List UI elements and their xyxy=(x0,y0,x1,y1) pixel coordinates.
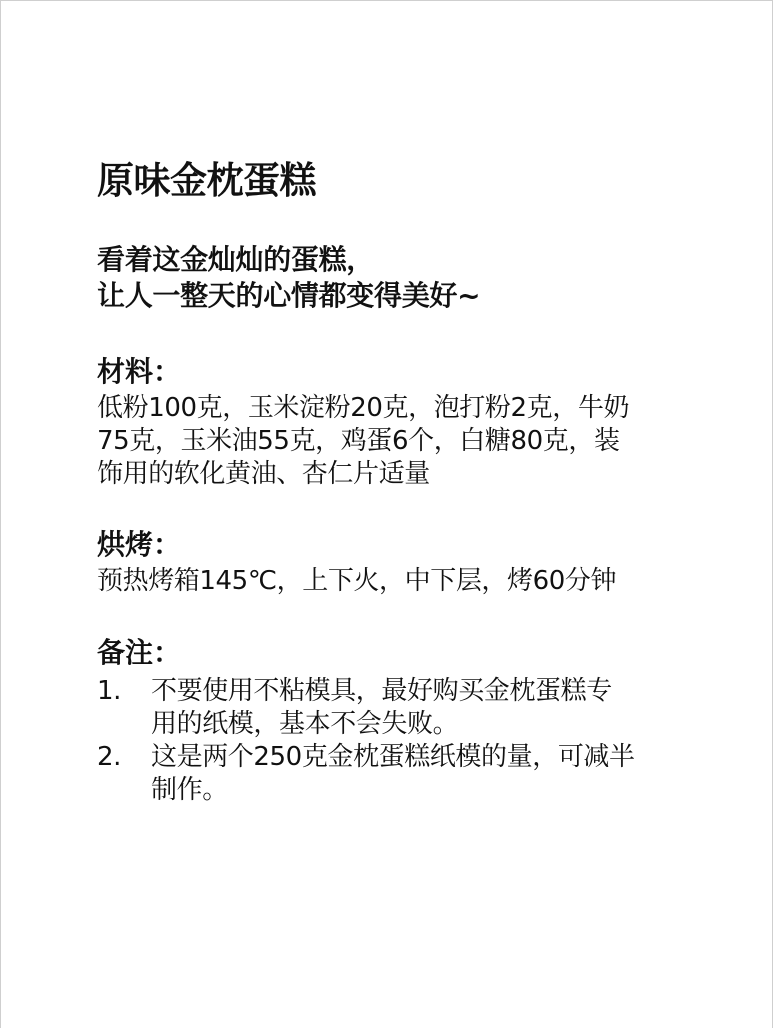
note-line: 不要使用不粘模具，最好购买金枕蛋糕专 xyxy=(151,675,635,708)
note-item: 2. 这是两个250克金枕蛋糕纸模的量，可减半 制作。 xyxy=(97,741,635,807)
recipe-subtitle: 看着这金灿灿的蛋糕， 让人一整天的心情都变得美好~ xyxy=(97,242,480,314)
ingredients-line: 饰用的软化黄油、杏仁片适量 xyxy=(97,458,629,491)
ingredients-heading: 材料： xyxy=(97,355,181,389)
subtitle-line: 看着这金灿灿的蛋糕， xyxy=(97,242,480,278)
notes-list: 1. 不要使用不粘模具，最好购买金枕蛋糕专 用的纸模，基本不会失败。 2. 这是… xyxy=(97,675,635,807)
recipe-page: 原味金枕蛋糕 看着这金灿灿的蛋糕， 让人一整天的心情都变得美好~ 材料： 低粉1… xyxy=(0,0,773,1028)
ingredients-line: 75克，玉米油55克，鸡蛋6个，白糖80克，装 xyxy=(97,425,629,458)
ingredients-line: 低粉100克，玉米淀粉20克，泡打粉2克，牛奶 xyxy=(97,392,629,425)
recipe-title: 原味金枕蛋糕 xyxy=(97,156,316,206)
note-line: 制作。 xyxy=(151,774,635,807)
note-marker: 2. xyxy=(97,741,121,774)
note-marker: 1. xyxy=(97,675,121,708)
note-line: 这是两个250克金枕蛋糕纸模的量，可减半 xyxy=(151,741,635,774)
notes-heading: 备注： xyxy=(97,636,181,670)
note-line: 用的纸模，基本不会失败。 xyxy=(151,708,635,741)
note-item: 1. 不要使用不粘模具，最好购买金枕蛋糕专 用的纸模，基本不会失败。 xyxy=(97,675,635,741)
baking-text: 预热烤箱145℃，上下火，中下层，烤60分钟 xyxy=(97,565,616,598)
baking-heading: 烘烤： xyxy=(97,528,181,562)
baking-line: 预热烤箱145℃，上下火，中下层，烤60分钟 xyxy=(97,565,616,598)
subtitle-line: 让人一整天的心情都变得美好~ xyxy=(97,278,480,314)
ingredients-text: 低粉100克，玉米淀粉20克，泡打粉2克，牛奶 75克，玉米油55克，鸡蛋6个，… xyxy=(97,392,629,491)
